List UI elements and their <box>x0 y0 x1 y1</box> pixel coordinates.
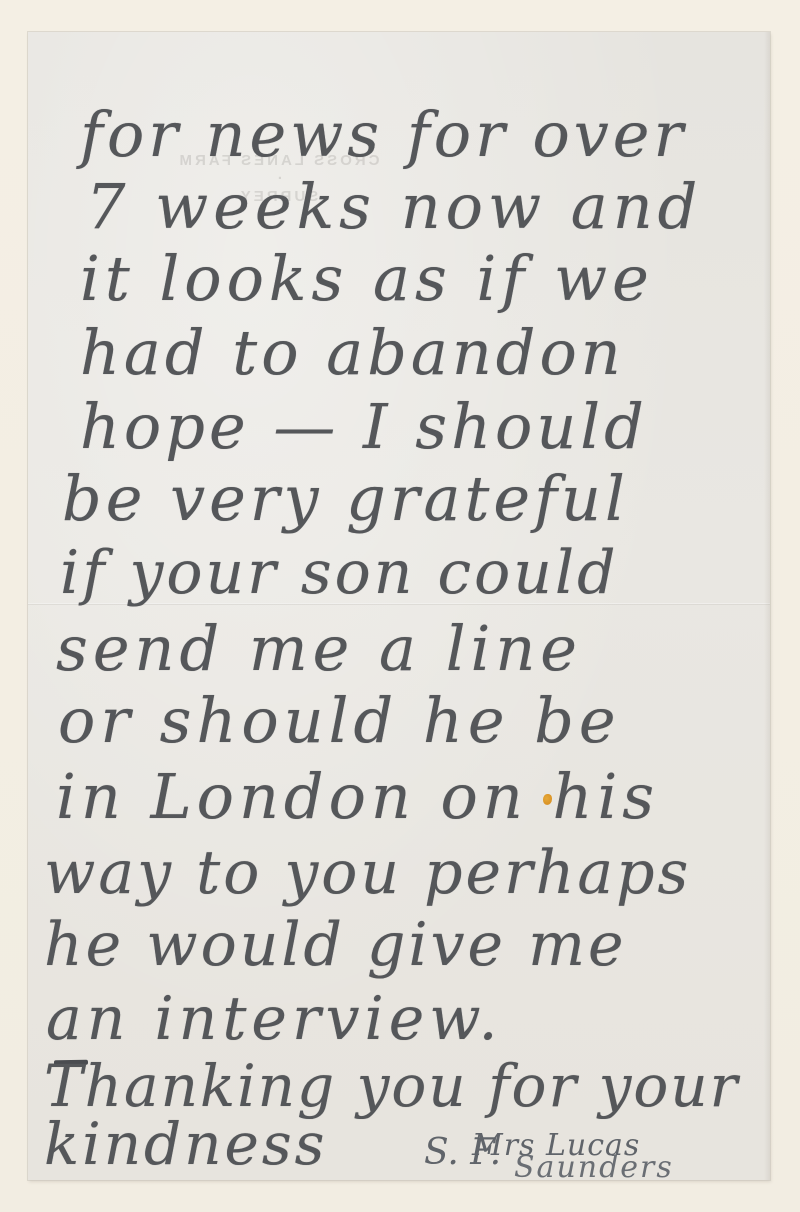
letter-line: or should he be <box>58 684 621 757</box>
letter-line: way to you perhaps <box>44 838 691 908</box>
signature: S. F. Mrs Lucas Saunders <box>424 1128 764 1182</box>
letter-line: send me a line <box>56 612 582 685</box>
letter-line: it looks as if we <box>80 242 654 315</box>
letter-line: be very grateful <box>62 462 629 535</box>
letter-line: for news for over <box>80 98 687 171</box>
letter-line: if your son could <box>60 538 618 608</box>
letter-line: in London on his <box>56 760 659 833</box>
letter-line: kindness <box>44 1110 327 1178</box>
signature-name-line2: Saunders <box>514 1150 674 1185</box>
letter-line: hope — I should <box>80 390 648 463</box>
letter-line: 7 weeks now and <box>86 170 702 243</box>
letter-line: an interview. <box>46 984 503 1054</box>
letter-line: had to abandon <box>80 316 625 389</box>
letter-line: he would give me <box>44 910 627 980</box>
